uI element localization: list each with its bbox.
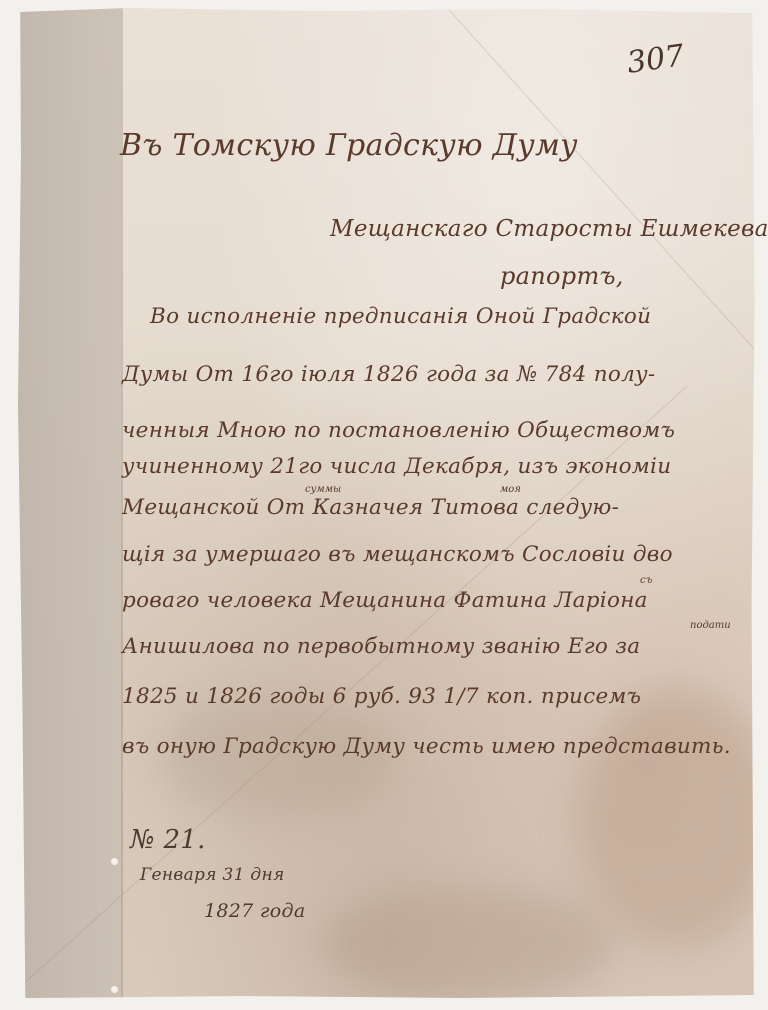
diagonal-crease: [447, 8, 768, 677]
registry-number: № 21.: [130, 825, 206, 855]
body-line-2: Думы От 16го іюля 1826 года за № 784 пол…: [122, 362, 655, 387]
body-line-10: въ оную Градскую Думу честь имею предста…: [122, 734, 731, 759]
interlinear-note: суммы: [305, 484, 341, 495]
document-scan: 307 Въ Томскую Градскую Думу Мещанскаго …: [0, 0, 768, 1010]
registry-date: Генваря 31 дня: [140, 865, 285, 885]
body-line-5: Мещанской От Казначея Титова следую-: [122, 495, 619, 520]
registry-year: 1827 года: [204, 900, 306, 922]
interlinear-note: моя: [500, 484, 521, 495]
body-line-8: Анишилова по первобытному званію Его за: [122, 634, 640, 659]
body-line-3: ченныя Мною по постановленію Обществомъ: [122, 418, 675, 443]
water-stain: [318, 888, 618, 998]
binding-hole: [111, 858, 118, 865]
water-stain: [578, 688, 768, 948]
body-line-1: Во исполненіе предписанія Оной Градской: [150, 304, 651, 329]
binding-hole: [111, 986, 118, 993]
folded-margin-strip: [18, 8, 121, 1000]
addressee-line: Въ Томскую Градскую Думу: [120, 128, 578, 163]
interlinear-note: съ: [640, 575, 652, 586]
body-line-4: учиненному 21го числа Декабря, изъ эконо…: [122, 454, 671, 479]
interlinear-note: подати: [690, 620, 731, 631]
body-line-7: роваго человека Мещанина Фатина Ларіона: [122, 588, 648, 613]
sender-line: Мещанскаго Старосты Ешмекева: [330, 216, 768, 242]
body-line-9: 1825 и 1826 годы 6 руб. 93 1/7 коп. прис…: [122, 684, 641, 709]
document-title: рапортъ,: [500, 262, 624, 290]
body-line-6: щія за умершаго въ мещанскомъ Сословіи д…: [122, 542, 673, 567]
